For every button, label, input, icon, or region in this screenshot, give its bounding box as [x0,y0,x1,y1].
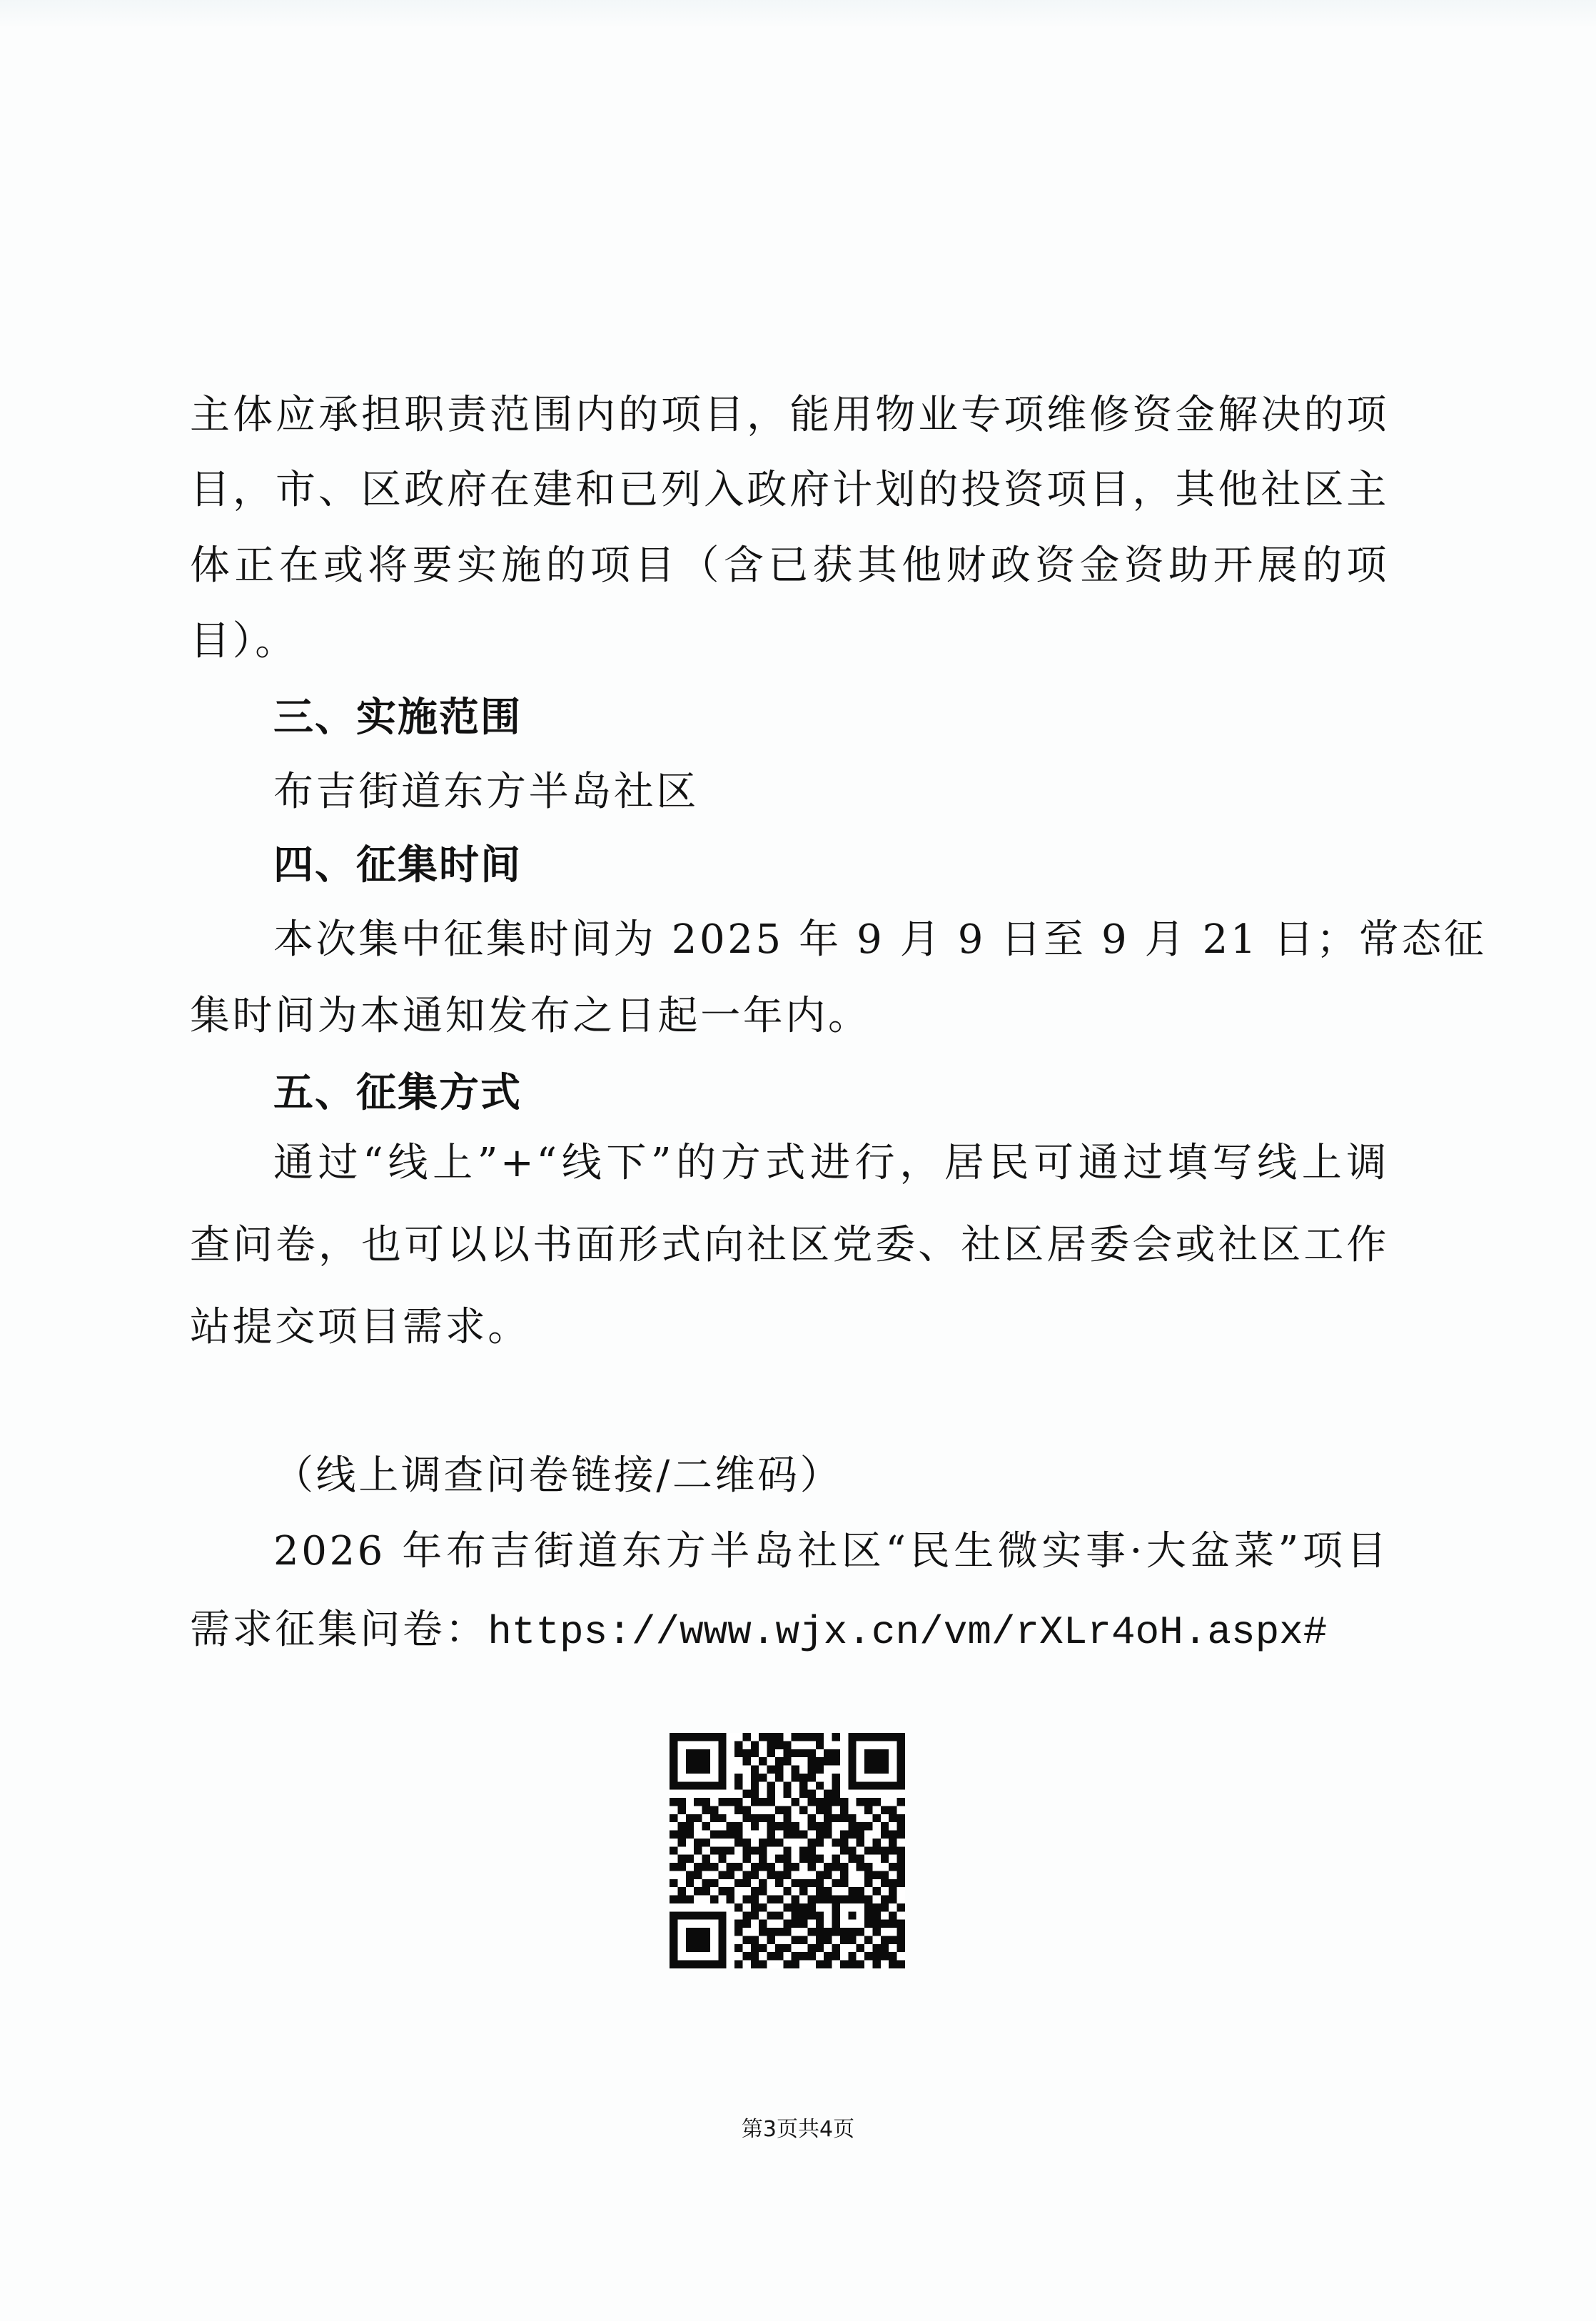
paragraph-line: 主体应承担职责范围内的项目，能用物业专项维修资金解决的项 [190,387,1389,444]
survey-url-link[interactable]: https://www.wjx.cn/vm/rXLr4oH.aspx# [488,1609,1327,1655]
survey-url-line: 需求征集问卷：https://www.wjx.cn/vm/rXLr4oH.asp… [190,1602,1389,1659]
section-heading-time: 四、征集时间 [273,837,1389,894]
section-body-time-line: 集时间为本通知发布之日起一年内。 [190,988,1389,1045]
survey-title: 2026 年布吉街道东方半岛社区“民生微实事·大盆菜”项目 [273,1523,1389,1580]
section-body-scope: 布吉街道东方半岛社区 [273,764,1389,821]
survey-caption: （线上调查问卷链接/二维码） [273,1447,1473,1505]
document-page: 主体应承担职责范围内的项目，能用物业专项维修资金解决的项 目，市、区政府在建和已… [0,0,1596,2321]
qr-code-icon[interactable] [670,1733,905,1968]
section-body-method-line: 通过“线上”+“线下”的方式进行，居民可通过填写线上调 [273,1135,1389,1192]
section-body-method-line: 查问卷，也可以以书面形式向社区党委、社区居委会或社区工作 [190,1217,1389,1274]
section-heading-scope: 三、实施范围 [273,689,1389,747]
page-indicator: 第3页共4页 [0,2114,1596,2145]
section-body-method-line: 站提交项目需求。 [190,1299,1389,1356]
section-heading-method: 五、征集方式 [273,1065,1389,1122]
survey-url-label: 需求征集问卷： [190,1607,488,1653]
paragraph-line: 目，市、区政府在建和已列入政府计划的投资项目，其他社区主 [190,462,1389,519]
section-body-time-line: 本次集中征集时间为 2025 年 9 月 9 日至 9 月 21 日；常态征 [273,911,1389,969]
paragraph-line: 目）。 [190,613,1389,670]
paragraph-line: 体正在或将要实施的项目（含已获其他财政资金资助开展的项 [190,537,1389,595]
